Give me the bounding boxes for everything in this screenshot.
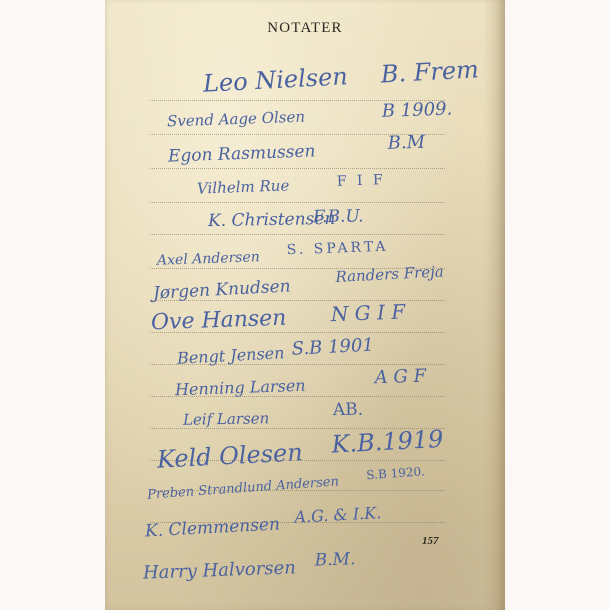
club-name: B 1909. — [382, 100, 453, 120]
autograph-entry: Svend Aage Olsen B 1909. — [167, 110, 305, 130]
club-name: B.M — [387, 134, 425, 153]
autograph-entry: Jørgen Knudsen Randers Freja — [153, 278, 291, 302]
club-name: K.B.1919 — [331, 427, 444, 457]
player-name: Svend Aage Olsen — [167, 110, 305, 130]
player-name: Axel Andersen — [157, 250, 260, 268]
autograph-entry: Keld Olesen K.B.1919 — [156, 440, 303, 472]
player-name: Harry Halvorsen — [143, 559, 296, 582]
club-name: S. SPARTA — [286, 240, 388, 258]
club-name: AB. — [333, 402, 363, 420]
page-heading: NOTATER — [105, 20, 505, 37]
club-name: S.B 1901 — [291, 337, 374, 359]
player-name: Leif Larsen — [183, 411, 270, 428]
page-number: 157 — [422, 535, 439, 547]
autograph-entry: K. Christensen F.B.U. — [208, 211, 336, 230]
autograph-entry: K. Clemmensen A.G. & I.K. — [145, 516, 281, 540]
autograph-entry: Axel Andersen S. SPARTA — [157, 250, 260, 268]
club-name: B. Frem — [380, 57, 479, 86]
autograph-entry: Ove Hansen N G I F — [151, 308, 287, 335]
club-name: Randers Freja — [335, 264, 444, 285]
ruling-line — [150, 202, 445, 203]
autograph-entry: Leif Larsen AB. — [183, 411, 270, 428]
photo-background: NOTATER Leo Nielsen B. Frem Svend Aage O… — [0, 0, 610, 610]
autograph-entry: Vilhelm Rue F I F — [197, 178, 290, 196]
club-name: F.B.U. — [313, 208, 364, 226]
player-name: Preben Strandlund Andersen — [147, 475, 340, 501]
player-name: K. Clemmensen — [145, 516, 281, 540]
player-name: Keld Olesen — [156, 440, 303, 472]
autograph-entry: Harry Halvorsen B.M. — [143, 559, 296, 582]
ruling-line — [150, 168, 445, 169]
club-name: N G I F — [330, 301, 405, 324]
autograph-entry: Henning Larsen A G F — [175, 378, 306, 399]
player-name: Egon Rasmussen — [168, 143, 316, 165]
player-name: Vilhelm Rue — [197, 178, 290, 196]
autograph-entry: Preben Strandlund Andersen S.B 1920. — [147, 475, 340, 501]
club-name: A.G. & I.K. — [294, 505, 382, 526]
autograph-entry: Egon Rasmussen B.M — [168, 143, 316, 165]
player-name: Jørgen Knudsen — [153, 278, 291, 302]
player-name: Henning Larsen — [175, 378, 306, 399]
club-name: F I F — [337, 173, 386, 189]
autograph-entry: Leo Nielsen B. Frem — [202, 64, 348, 96]
club-name: B.M. — [314, 551, 355, 569]
club-name: A G F — [374, 368, 426, 388]
notebook-page: NOTATER Leo Nielsen B. Frem Svend Aage O… — [105, 0, 505, 610]
ruling-line — [150, 234, 445, 235]
player-name: Ove Hansen — [151, 308, 287, 335]
player-name: Leo Nielsen — [202, 64, 348, 96]
club-name: S.B 1920. — [366, 465, 425, 481]
